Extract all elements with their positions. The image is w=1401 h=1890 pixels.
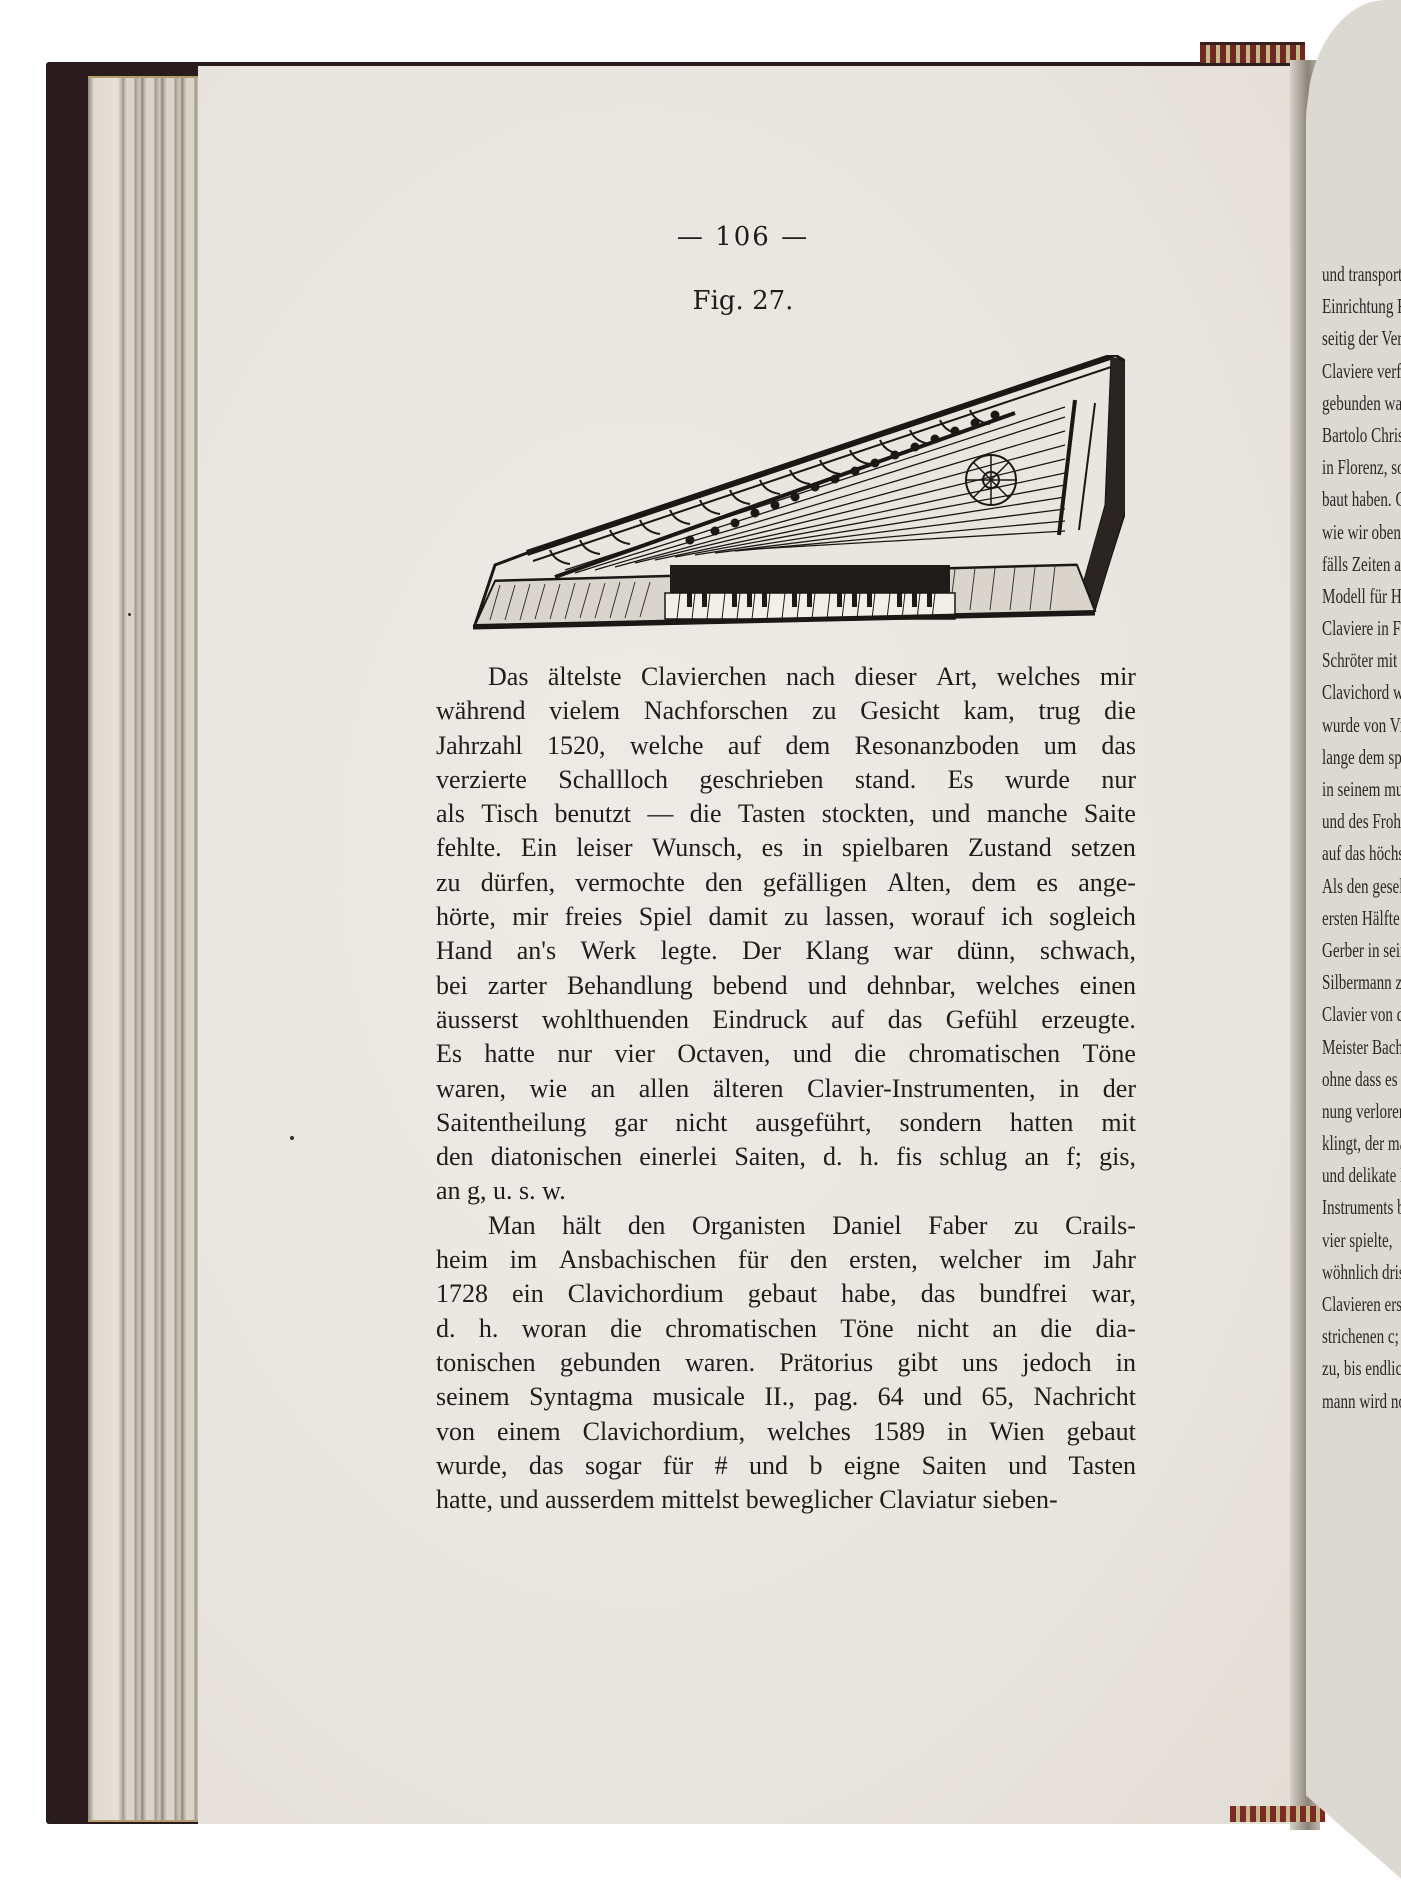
word: h.	[860, 1140, 880, 1174]
word: zu	[812, 694, 837, 728]
word: b	[809, 1449, 822, 1483]
facing-page-line: vier spielte,	[1322, 1224, 1401, 1256]
word: zu	[436, 866, 461, 900]
word: Man	[488, 1209, 536, 1243]
text-line: dendiatonischeneinerleiSaiten,d.h.fissch…	[436, 1140, 1136, 1174]
word: dünn,	[957, 934, 1016, 968]
word: benutzt	[555, 797, 632, 831]
word: ein	[512, 1277, 544, 1311]
word: in	[1059, 1072, 1079, 1106]
word: um	[1044, 729, 1077, 763]
word: Clavierchen	[641, 660, 767, 694]
word: für	[738, 1243, 768, 1277]
word: mit	[1101, 1106, 1136, 1140]
word: an's	[517, 934, 556, 968]
word: den	[705, 866, 743, 900]
word: Crails-	[1065, 1209, 1136, 1243]
word: Gefühl	[946, 1003, 1018, 1037]
word: dürfen,	[481, 866, 555, 900]
facing-page-line: zu, bis endlich s	[1322, 1352, 1401, 1384]
word: Eindruck	[712, 1003, 807, 1037]
word: Wunsch,	[652, 831, 743, 865]
text-line: EshattenurvierOctaven,unddiechromatische…	[436, 1037, 1136, 1071]
word: welcher	[939, 1243, 1021, 1277]
facing-page-line: Meister Bach bes	[1322, 1031, 1401, 1063]
word: mir	[512, 900, 548, 934]
text-line-content: an g, u. s. w.	[436, 1174, 566, 1208]
facing-page-line: Instruments beitra	[1322, 1191, 1401, 1223]
figure-caption: Fig. 27.	[598, 286, 888, 316]
word: den	[436, 1140, 474, 1174]
word: ausgeführt,	[755, 1106, 871, 1140]
word: 65,	[982, 1380, 1015, 1414]
facing-page-line: Einrichtung Faber	[1322, 290, 1401, 322]
word: Saite	[1084, 797, 1136, 831]
text-line: verzierteSchalllochgeschriebenstand.Eswu…	[436, 763, 1136, 797]
text-line: tonischengebundenwaren.Prätoriusgibtunsj…	[436, 1346, 1136, 1380]
word: chromatischen	[908, 1037, 1060, 1071]
word: äusserst	[436, 1003, 518, 1037]
facing-page-line: Clavier von diese	[1322, 998, 1401, 1030]
text-line: beizarterBehandlungbebendunddehnbar,welc…	[436, 969, 1136, 1003]
word: hatte	[484, 1037, 535, 1071]
word: auf	[728, 729, 761, 763]
word: älteren	[713, 1072, 784, 1106]
word: heim	[436, 1243, 488, 1277]
word: trug	[1038, 694, 1080, 728]
word: und	[749, 1449, 788, 1483]
word: Jahr	[1093, 1243, 1136, 1277]
word: spielbaren	[842, 831, 949, 865]
word: hält	[562, 1209, 601, 1243]
word: für	[663, 1449, 693, 1483]
word: allen	[639, 1072, 690, 1106]
word: dehnbar,	[867, 969, 956, 1003]
clavichord-illustration-icon	[455, 355, 1125, 635]
word: Tasten	[738, 797, 806, 831]
word: das	[1101, 729, 1136, 763]
facing-page-line: in Florenz, soll um	[1322, 451, 1401, 483]
word: 1520,	[547, 729, 606, 763]
facing-page-line: Modell für Hamme	[1322, 580, 1401, 612]
word: bebend	[713, 969, 788, 1003]
facing-page-line: Bartolo Christo	[1322, 419, 1401, 451]
word: Syntagma	[529, 1380, 633, 1414]
word: als	[436, 797, 465, 831]
word: den	[628, 1209, 666, 1243]
text-line: heimimAnsbachischenfürdenersten,welcheri…	[436, 1243, 1136, 1277]
facing-page-line: ersten Hälfte des	[1322, 902, 1401, 934]
word: Wien	[989, 1415, 1044, 1449]
word: und	[931, 797, 970, 831]
word: Prätorius	[779, 1346, 873, 1380]
word: schlug	[939, 1140, 1007, 1174]
word: Saiten,	[734, 1140, 806, 1174]
text-line: währendvielemNachforschenzuGesichtkam,tr…	[436, 694, 1136, 728]
text-line: hatte, und ausserdem mittelst bewegliche…	[436, 1483, 1136, 1517]
facing-page-line: und transportirt w	[1322, 258, 1401, 290]
word: Es	[948, 763, 974, 797]
word: nicht	[675, 1106, 727, 1140]
word: erzeugte.	[1041, 1003, 1136, 1037]
word: das	[888, 1003, 923, 1037]
text-line-content: hatte, und ausserdem mittelst bewegliche…	[436, 1483, 1058, 1517]
word: der	[1103, 1072, 1136, 1106]
text-line: voneinemClavichordium,welches1589inWieng…	[436, 1415, 1136, 1449]
word: fis	[896, 1140, 922, 1174]
headband-bottom	[1230, 1806, 1325, 1822]
word: Faber	[928, 1209, 987, 1243]
word: habe,	[841, 1277, 897, 1311]
word: damit	[708, 900, 767, 934]
word: II.,	[764, 1380, 794, 1414]
word: Art,	[936, 660, 977, 694]
text-line: 1728einClavichordiumgebauthabe,dasbundfr…	[436, 1277, 1136, 1311]
word: Jahrzahl	[436, 729, 523, 763]
text-line: zudürfen,vermochtedengefälligenAlten,dem…	[436, 866, 1136, 900]
word: Ein	[521, 831, 557, 865]
word: Das	[488, 660, 528, 694]
text-line: alsTischbenutzt—dieTastenstockten,undman…	[436, 797, 1136, 831]
word: gefälligen	[763, 866, 867, 900]
word: stockten,	[822, 797, 915, 831]
word: sogleich	[1049, 900, 1136, 934]
facing-page-line: fälls Zeiten ausge	[1322, 548, 1401, 580]
word: dem	[786, 729, 831, 763]
body-text: DasältelsteClavierchennachdieserArt,welc…	[436, 660, 1136, 1517]
word: Klang	[806, 934, 870, 968]
word: einem	[497, 1415, 561, 1449]
word: an	[591, 1072, 616, 1106]
word: es	[1036, 866, 1058, 900]
facing-page-line: Claviere in Fortepia	[1322, 612, 1401, 644]
word: den	[790, 1243, 828, 1277]
word: musicale	[653, 1380, 745, 1414]
word: zarter	[488, 969, 547, 1003]
word: vielem	[549, 694, 620, 728]
word: und	[923, 1380, 962, 1414]
word: Alten,	[887, 866, 951, 900]
facing-page-line: Clavieren erstreck	[1322, 1288, 1401, 1320]
word: Töne	[1083, 1037, 1136, 1071]
word: gibt	[897, 1346, 937, 1380]
text-line: waren,wieanallenälterenClavier-Instrumen…	[436, 1072, 1136, 1106]
word: welche	[630, 729, 704, 763]
word: f;	[1066, 1140, 1082, 1174]
word: an	[992, 1312, 1017, 1346]
word: die	[610, 1312, 642, 1346]
text-line: an g, u. s. w.	[436, 1174, 1136, 1208]
word: waren,	[436, 1072, 506, 1106]
word: in	[1116, 1346, 1136, 1380]
word: schwach,	[1040, 934, 1136, 968]
word: war,	[1092, 1277, 1136, 1311]
word: gar	[614, 1106, 647, 1140]
word: die	[1040, 1312, 1072, 1346]
word: vermochte	[575, 866, 685, 900]
word: Es	[436, 1037, 462, 1071]
word: gis,	[1099, 1140, 1136, 1174]
word: Clavichordium	[568, 1277, 724, 1311]
word: die	[1104, 694, 1136, 728]
text-line: DasältelsteClavierchennachdieserArt,welc…	[436, 660, 1136, 694]
facing-page-line: baut haben. Gewiss	[1322, 483, 1401, 515]
word: verzierte	[436, 763, 527, 797]
facing-page-line: Clavichord war fr	[1322, 676, 1401, 708]
word: 1728	[436, 1277, 488, 1311]
word: welches	[997, 660, 1081, 694]
word: 64	[878, 1380, 904, 1414]
facing-page-line: strichenen c; spä	[1322, 1320, 1401, 1352]
word: Tisch	[481, 797, 538, 831]
word: manche	[987, 797, 1068, 831]
word: ältelste	[548, 660, 622, 694]
word: chromatischen	[665, 1312, 817, 1346]
word: wohlthuenden	[542, 1003, 689, 1037]
text-line: äusserstwohlthuendenEindruckaufdasGefühl…	[436, 1003, 1136, 1037]
facing-page-text: und transportirt wEinrichtung Faberseiti…	[1322, 258, 1401, 1417]
facing-page-line: und delikate Beh	[1322, 1159, 1401, 1191]
word: und	[793, 1037, 832, 1071]
facing-page-line: und des Frohsinns	[1322, 805, 1401, 837]
word: Töne	[840, 1312, 893, 1346]
word: hörte,	[436, 900, 496, 934]
text-line: d.h.worandiechromatischenTönenichtandied…	[436, 1312, 1136, 1346]
word: und	[808, 969, 847, 1003]
word: #	[715, 1449, 728, 1483]
word: setzen	[1071, 831, 1136, 865]
word: ich	[1001, 900, 1033, 934]
word: die	[690, 797, 722, 831]
word: d.	[436, 1312, 456, 1346]
facing-page-line: Silbermann zu	[1322, 966, 1401, 998]
text-line: ManhältdenOrganistenDanielFaberzuCrails-	[436, 1209, 1136, 1243]
word: Resonanzboden	[855, 729, 1020, 763]
text-line: Saitentheilunggarnichtausgeführt,sondern…	[436, 1106, 1136, 1140]
facing-page-line: wöhnlich drischt	[1322, 1256, 1401, 1288]
word: woran	[522, 1312, 587, 1346]
word: Clavier-Instrumenten,	[807, 1072, 1035, 1106]
word: einerlei	[639, 1140, 717, 1174]
word: Organisten	[692, 1209, 806, 1243]
word: sogar	[585, 1449, 641, 1483]
word: welches	[976, 969, 1060, 1003]
paper-speck	[128, 613, 131, 616]
word: von	[436, 1415, 475, 1449]
word: lassen,	[825, 900, 895, 934]
word: Hand	[436, 934, 492, 968]
facing-page-line: in seinem musikal	[1322, 773, 1401, 805]
facing-page-line: wie wir oben ges	[1322, 516, 1401, 548]
word: im	[510, 1243, 537, 1277]
word: freies	[565, 900, 623, 934]
word: zu	[784, 900, 809, 934]
page-block-edge	[88, 76, 198, 1822]
word: uns	[962, 1346, 998, 1380]
word: dieser	[855, 660, 917, 694]
facing-page-line: lange dem spätere	[1322, 741, 1401, 773]
text-line: Handan'sWerklegte.DerKlangwardünn,schwac…	[436, 934, 1136, 968]
word: Der	[742, 934, 781, 968]
word: pag.	[814, 1380, 858, 1414]
text-line: wurde,dassogarfür#undbeigneSaitenundTast…	[436, 1449, 1136, 1483]
word: stand.	[855, 763, 916, 797]
word: nach	[786, 660, 835, 694]
text-line: fehlte.EinleiserWunsch,esinspielbarenZus…	[436, 831, 1136, 865]
word: h.	[479, 1312, 499, 1346]
word: waren.	[685, 1346, 755, 1380]
word: leiser	[576, 831, 632, 865]
word: legte.	[661, 934, 718, 968]
facing-page-line: auf das höchste	[1322, 837, 1401, 869]
word: Clavichordium,	[583, 1415, 745, 1449]
word: geschrieben	[699, 763, 823, 797]
word: gebaut	[1067, 1415, 1136, 1449]
facing-page-line: nung verloren hä	[1322, 1095, 1401, 1127]
word: Nachforschen	[644, 694, 788, 728]
word: ersten,	[849, 1243, 918, 1277]
word: zu	[1014, 1209, 1039, 1243]
word: jedoch	[1022, 1346, 1091, 1380]
word: im	[1043, 1243, 1070, 1277]
word: Schallloch	[558, 763, 668, 797]
word: Werk	[581, 934, 637, 968]
word: welches	[767, 1415, 851, 1449]
paper-speck	[290, 1136, 294, 1140]
word: das	[921, 1277, 956, 1311]
word: während	[436, 694, 526, 728]
word: vier	[614, 1037, 654, 1071]
word: Tasten	[1069, 1449, 1137, 1483]
word: Gesicht	[860, 694, 939, 728]
word: 1589	[873, 1415, 925, 1449]
facing-page-line: ohne dass es klap	[1322, 1063, 1401, 1095]
word: und	[1008, 1449, 1047, 1483]
word: Octaven,	[677, 1037, 770, 1071]
facing-page-line: gebunden waren,	[1322, 387, 1401, 419]
word: kam,	[963, 694, 1014, 728]
word: wie	[530, 1072, 568, 1106]
word: das	[529, 1449, 564, 1483]
word: in	[802, 831, 822, 865]
word: nicht	[917, 1312, 969, 1346]
word: dem	[971, 866, 1016, 900]
word: eigne	[844, 1449, 900, 1483]
text-line: hörte,mirfreiesSpieldamitzulassen,worauf…	[436, 900, 1136, 934]
word: tonischen	[436, 1346, 536, 1380]
word: gebunden	[560, 1346, 661, 1380]
word: in	[947, 1415, 967, 1449]
word: gebaut	[748, 1277, 817, 1311]
word: seinem	[436, 1380, 510, 1414]
word: es	[762, 831, 784, 865]
right-page: und transportirt wEinrichtung Faberseiti…	[1306, 0, 1401, 1890]
word: —	[647, 797, 673, 831]
word: die	[854, 1037, 886, 1071]
facing-page-line: seitig der Vermut	[1322, 322, 1401, 354]
word: Saiten	[922, 1449, 987, 1483]
word: nur	[557, 1037, 592, 1071]
word: Zustand	[968, 831, 1052, 865]
word: einen	[1080, 969, 1136, 1003]
word: auf	[831, 1003, 864, 1037]
word: dia-	[1095, 1312, 1135, 1346]
word: Ansbachischen	[559, 1243, 716, 1277]
facing-page-line: mann wird noch	[1322, 1385, 1401, 1417]
text-line: seinemSyntagmamusicaleII.,pag.64und65,Na…	[436, 1380, 1136, 1414]
page-number: — 106 —	[598, 222, 888, 252]
text-line: Jahrzahl1520,welcheaufdemResonanzbodenum…	[436, 729, 1136, 763]
word: wurde,	[436, 1449, 507, 1483]
word: diatonischen	[491, 1140, 622, 1174]
facing-page-line: Claviere verfertigt	[1322, 355, 1401, 387]
word: fehlte.	[436, 831, 502, 865]
word: an	[1024, 1140, 1049, 1174]
facing-page-line: Schröter mit voll	[1322, 644, 1401, 676]
word: Saitentheilung	[436, 1106, 586, 1140]
facing-page-line: Als den gesel	[1322, 870, 1401, 902]
word: ange-	[1078, 866, 1136, 900]
word: nur	[1101, 763, 1136, 797]
word: bei	[436, 969, 468, 1003]
word: Nachricht	[1033, 1380, 1136, 1414]
facing-page-line: klingt, der mag	[1322, 1127, 1401, 1159]
word: wurde	[1005, 763, 1070, 797]
word: Spiel	[639, 900, 692, 934]
word: sondern	[900, 1106, 982, 1140]
facing-page-line: Gerber in seinem	[1322, 934, 1401, 966]
word: mir	[1100, 660, 1136, 694]
word: Daniel	[832, 1209, 901, 1243]
word: worauf	[911, 900, 985, 934]
word: bundfrei	[979, 1277, 1067, 1311]
word: d.	[823, 1140, 843, 1174]
facing-page-line: wurde von Vielen	[1322, 709, 1401, 741]
word: Behandlung	[567, 969, 693, 1003]
word: hatten	[1010, 1106, 1074, 1140]
word: war	[894, 934, 933, 968]
